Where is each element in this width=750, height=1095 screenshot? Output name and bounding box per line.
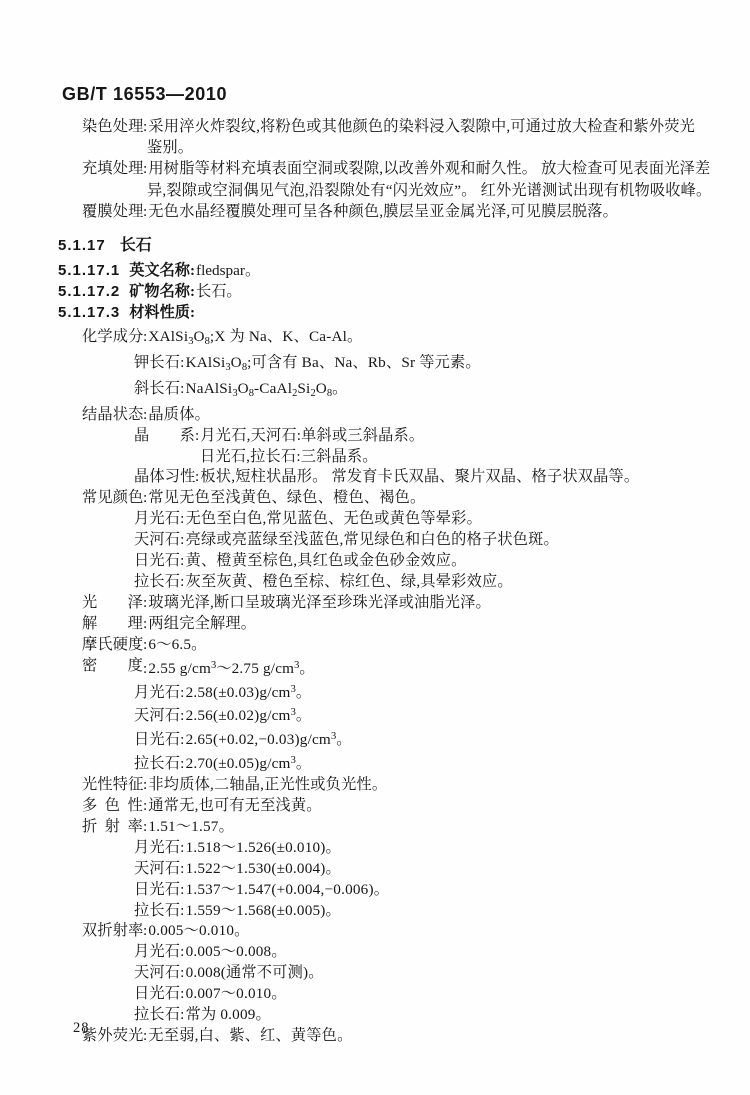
property-line: 斜长石:NaAlSi3O8-CaAl2Si2O8。 bbox=[82, 379, 639, 405]
property-label: 月光石 bbox=[134, 510, 180, 527]
property-line: 光泽:玻璃光泽,断口呈玻璃光泽至珍珠光泽或油脂光泽。 bbox=[82, 593, 639, 614]
property-label: 紫外荧光 bbox=[82, 1026, 143, 1047]
property-line: 多色性:通常无,也可有无至浅黄。 bbox=[82, 796, 639, 817]
property-line: 天河石:0.008(通常不可测)。 bbox=[82, 963, 639, 984]
colon: : bbox=[180, 731, 185, 748]
colon: : bbox=[180, 380, 185, 397]
treatment-text: 无色水晶经覆膜处理可呈各种颜色,膜层呈亚金属光泽,可见膜层脱落。 bbox=[148, 203, 618, 220]
property-value: 0.005～0.008。 bbox=[186, 943, 287, 960]
colon: : bbox=[180, 755, 185, 772]
treatment-label: 染色处理 bbox=[82, 116, 143, 137]
property-label: 日光石 bbox=[134, 552, 180, 569]
property-value: 板状,短柱状晶形。 常发育卡氏双晶、聚片双晶、格子状双晶等。 bbox=[200, 468, 639, 485]
property-label: 摩氏硬度 bbox=[82, 635, 143, 656]
property-label: 拉长石 bbox=[134, 573, 180, 590]
property-line: 晶体习性:板状,短柱状晶形。 常发育卡氏双晶、聚片双晶、格子状双晶等。 bbox=[82, 467, 639, 488]
clause-number: 5.1.17.2 bbox=[58, 283, 120, 300]
property-value: 1.537～1.547(+0.004,−0.006)。 bbox=[186, 881, 390, 898]
section-heading: 5.1.17长石 bbox=[58, 232, 152, 255]
property-line: 日光石:2.65(+0.02,−0.03)g/cm3。 bbox=[82, 727, 639, 751]
property-label: 解理 bbox=[82, 614, 143, 635]
property-value: 2.56(±0.02)g/cm3。 bbox=[186, 707, 312, 724]
treatments-block: 染色处理:采用淬火炸裂纹,将粉色或其他颜色的染料浸入裂隙中,可通过放大检查和紫外… bbox=[82, 116, 711, 222]
property-value: 晶质体。 bbox=[148, 406, 210, 423]
property-value: 非均质体,二轴晶,正光性或负光性。 bbox=[148, 776, 387, 793]
property-label: 月光石 bbox=[134, 943, 180, 960]
property-line: 常见颜色:常见无色至浅黄色、绿色、橙色、褐色。 bbox=[82, 488, 639, 509]
property-label: 拉长石 bbox=[134, 755, 180, 772]
property-value: 黄、橙黄至棕色,具红色或金色砂金效应。 bbox=[186, 552, 467, 569]
property-line: 解理:两组完全解理。 bbox=[82, 614, 639, 635]
property-value: 常为 0.009。 bbox=[186, 1006, 271, 1023]
property-line: 折射率:1.51～1.57。 bbox=[82, 817, 639, 838]
property-line: 月光石:0.005～0.008。 bbox=[82, 942, 639, 963]
property-line: 月光石:1.518～1.526(±0.010)。 bbox=[82, 838, 639, 859]
property-label: 钾长石 bbox=[134, 354, 180, 371]
clause-label: 英文名称 bbox=[129, 262, 190, 279]
property-label: 密度 bbox=[82, 656, 143, 677]
property-label: 日光石 bbox=[134, 731, 180, 748]
colon: : bbox=[180, 354, 185, 371]
property-label: 晶体习性 bbox=[134, 467, 195, 488]
property-value: KAlSi3O8;可含有 Ba、Na、Rb、Sr 等元素。 bbox=[186, 354, 481, 371]
standard-code: GB/T 16553—2010 bbox=[62, 84, 227, 105]
section-number: 5.1.17 bbox=[58, 237, 106, 254]
clause-content: 长石。 bbox=[196, 283, 242, 300]
property-label: 天河石 bbox=[134, 707, 180, 724]
property-line: 日光石:1.537～1.547(+0.004,−0.006)。 bbox=[82, 880, 639, 901]
clause-content: fledspar。 bbox=[196, 262, 260, 279]
property-value: 0.007～0.010。 bbox=[186, 985, 287, 1002]
treatment-text: 异,裂隙或空洞偶见气泡,沿裂隙处有“闪光效应”。 红外光谱测试出现有机物吸收峰。 bbox=[147, 182, 711, 199]
property-label: 天河石 bbox=[134, 531, 180, 548]
clause-label: 材料性质 bbox=[129, 304, 190, 321]
clauses-block: 5.1.17.1英文名称:fledspar。5.1.17.2矿物名称:长石。5.… bbox=[58, 260, 260, 323]
property-line: 化学成分:XAlSi3O8;X 为 Na、K、Ca-Al。 bbox=[82, 327, 639, 353]
property-line: 日光石,拉长石:三斜晶系。 bbox=[82, 447, 639, 468]
property-label: 常见颜色 bbox=[82, 488, 143, 509]
property-line: 摩氏硬度:6～6.5。 bbox=[82, 635, 639, 656]
property-value: 日光石,拉长石:三斜晶系。 bbox=[200, 448, 378, 465]
property-label: 晶系 bbox=[134, 426, 195, 447]
property-value: XAlSi3O8;X 为 Na、K、Ca-Al。 bbox=[148, 328, 362, 345]
page-number: 28 bbox=[73, 1020, 90, 1037]
property-label: 天河石 bbox=[134, 964, 180, 981]
property-label: 斜长石 bbox=[134, 380, 180, 397]
property-line: 拉长石:1.559～1.568(±0.005)。 bbox=[82, 901, 639, 922]
property-label: 拉长石 bbox=[134, 902, 180, 919]
property-line: 双折射率:0.005～0.010。 bbox=[82, 921, 639, 942]
property-value: 1.522～1.530(±0.004)。 bbox=[186, 860, 341, 877]
property-value: 两组完全解理。 bbox=[148, 615, 256, 632]
treatment-line: 染色处理:采用淬火炸裂纹,将粉色或其他颜色的染料浸入裂隙中,可通过放大检查和紫外… bbox=[82, 116, 711, 137]
clause-number: 5.1.17.3 bbox=[58, 304, 120, 321]
treatment-text: 用树脂等材料充填表面空洞或裂隙,以改善外观和耐久性。 放大检查可见表面光泽差 bbox=[148, 160, 710, 177]
property-value: 2.55 g/cm3～2.75 g/cm3。 bbox=[148, 660, 314, 677]
property-label: 折射率 bbox=[82, 817, 143, 838]
property-value: 通常无,也可有无至浅黄。 bbox=[148, 797, 321, 814]
property-line: 钾长石:KAlSi3O8;可含有 Ba、Na、Rb、Sr 等元素。 bbox=[82, 353, 639, 379]
property-line: 紫外荧光:无至弱,白、紫、红、黄等色。 bbox=[82, 1026, 639, 1047]
treatment-line: 鉴别。 bbox=[82, 137, 711, 158]
property-line: 密度:2.55 g/cm3～2.75 g/cm3。 bbox=[82, 656, 639, 680]
property-value: 0.005～0.010。 bbox=[148, 922, 249, 939]
property-value: 灰至灰黄、橙色至棕、棕红色、绿,具晕彩效应。 bbox=[186, 573, 513, 590]
property-label: 结晶状态 bbox=[82, 405, 143, 426]
property-value: 6～6.5。 bbox=[148, 636, 206, 653]
property-label: 光泽 bbox=[82, 593, 143, 614]
property-label: 拉长石 bbox=[134, 1006, 180, 1023]
property-line: 拉长石:灰至灰黄、橙色至棕、棕红色、绿,具晕彩效应。 bbox=[82, 572, 639, 593]
treatment-line: 充填处理:用树脂等材料充填表面空洞或裂隙,以改善外观和耐久性。 放大检查可见表面… bbox=[82, 158, 711, 179]
clause-label: 矿物名称 bbox=[129, 283, 190, 300]
property-label: 日光石 bbox=[134, 881, 180, 898]
clause-number: 5.1.17.1 bbox=[58, 262, 120, 279]
property-label: 月光石 bbox=[134, 684, 180, 701]
colon: : bbox=[190, 304, 196, 321]
property-line: 拉长石:2.70(±0.05)g/cm3。 bbox=[82, 751, 639, 775]
treatment-label: 充填处理 bbox=[82, 158, 143, 179]
property-value: 无色至白色,常见蓝色、无色或黄色等晕彩。 bbox=[186, 510, 482, 527]
property-line: 天河石:亮绿或亮蓝绿至浅蓝色,常见绿色和白色的格子状色斑。 bbox=[82, 530, 639, 551]
property-line: 天河石:1.522～1.530(±0.004)。 bbox=[82, 859, 639, 880]
property-label: 月光石 bbox=[134, 839, 180, 856]
property-label: 双折射率 bbox=[82, 921, 143, 942]
property-value: 2.58(±0.03)g/cm3。 bbox=[186, 684, 312, 701]
treatment-text: 采用淬火炸裂纹,将粉色或其他颜色的染料浸入裂隙中,可通过放大检查和紫外荧光 bbox=[148, 118, 695, 135]
treatment-text: 鉴别。 bbox=[147, 139, 193, 156]
colon: : bbox=[180, 684, 185, 701]
property-value: 2.65(+0.02,−0.03)g/cm3。 bbox=[186, 731, 352, 748]
property-value: 无至弱,白、紫、红、黄等色。 bbox=[148, 1027, 352, 1044]
property-value: 1.518～1.526(±0.010)。 bbox=[186, 839, 341, 856]
property-value: 月光石,天河石:单斜或三斜晶系。 bbox=[200, 427, 424, 444]
treatment-label: 覆膜处理 bbox=[82, 201, 143, 222]
property-label: 化学成分 bbox=[82, 327, 143, 348]
properties-block: 化学成分:XAlSi3O8;X 为 Na、K、Ca-Al。钾长石:KAlSi3O… bbox=[82, 327, 639, 1047]
property-line: 晶系:月光石,天河石:单斜或三斜晶系。 bbox=[82, 426, 639, 447]
treatment-line: 异,裂隙或空洞偶见气泡,沿裂隙处有“闪光效应”。 红外光谱测试出现有机物吸收峰。 bbox=[82, 180, 711, 201]
property-value: 常见无色至浅黄色、绿色、橙色、褐色。 bbox=[148, 489, 425, 506]
clause-line: 5.1.17.3材料性质: bbox=[58, 302, 260, 323]
property-label: 多色性 bbox=[82, 796, 143, 817]
property-value: NaAlSi3O8-CaAl2Si2O8。 bbox=[186, 380, 348, 397]
property-label: 天河石 bbox=[134, 860, 180, 877]
property-value: 亮绿或亮蓝绿至浅蓝色,常见绿色和白色的格子状色斑。 bbox=[186, 531, 559, 548]
clause-line: 5.1.17.1英文名称:fledspar。 bbox=[58, 260, 260, 281]
property-value: 1.559～1.568(±0.005)。 bbox=[186, 902, 341, 919]
document-page: GB/T 16553—2010 染色处理:采用淬火炸裂纹,将粉色或其他颜色的染料… bbox=[0, 0, 750, 1095]
property-line: 拉长石:常为 0.009。 bbox=[82, 1005, 639, 1026]
property-line: 日光石:黄、橙黄至棕色,具红色或金色砂金效应。 bbox=[82, 551, 639, 572]
property-line: 日光石:0.007～0.010。 bbox=[82, 984, 639, 1005]
colon: : bbox=[180, 707, 185, 724]
property-value: 玻璃光泽,断口呈玻璃光泽至珍珠光泽或油脂光泽。 bbox=[148, 594, 491, 611]
property-line: 月光石:无色至白色,常见蓝色、无色或黄色等晕彩。 bbox=[82, 509, 639, 530]
property-line: 天河石:2.56(±0.02)g/cm3。 bbox=[82, 703, 639, 727]
treatment-line: 覆膜处理:无色水晶经覆膜处理可呈各种颜色,膜层呈亚金属光泽,可见膜层脱落。 bbox=[82, 201, 711, 222]
property-label: 日光石 bbox=[134, 985, 180, 1002]
property-line: 光性特征:非均质体,二轴晶,正光性或负光性。 bbox=[82, 775, 639, 796]
property-value: 0.008(通常不可测)。 bbox=[186, 964, 324, 981]
property-value: 1.51～1.57。 bbox=[148, 818, 234, 835]
clause-line: 5.1.17.2矿物名称:长石。 bbox=[58, 281, 260, 302]
property-line: 结晶状态:晶质体。 bbox=[82, 405, 639, 426]
section-title: 长石 bbox=[120, 237, 152, 254]
property-label: 光性特征 bbox=[82, 775, 143, 796]
property-line: 月光石:2.58(±0.03)g/cm3。 bbox=[82, 680, 639, 704]
property-value: 2.70(±0.05)g/cm3。 bbox=[186, 755, 312, 772]
